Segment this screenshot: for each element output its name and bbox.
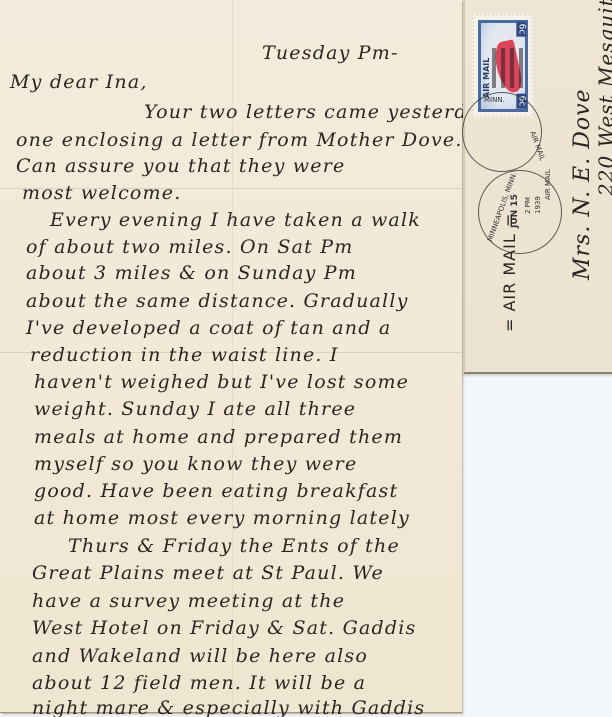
letter-line: about 12 field men. It will be a <box>32 672 366 694</box>
letter-line: most welcome. <box>22 182 181 204</box>
letter-line: Thurs & Friday the Ents of the <box>68 535 400 557</box>
letter-line: West Hotel on Friday & Sat. Gaddis <box>32 617 416 639</box>
handwritten-airmail-marking: = AIR MAIL = <box>500 213 519 332</box>
envelope-street-address: 220 West Mesquite <box>594 0 612 196</box>
letter-line: at home most every morning lately <box>34 507 410 529</box>
letter-line: of about two miles. On Sat Pm <box>26 236 353 258</box>
handwritten-letter-page: Tuesday Pm- My dear Ina, Your two letter… <box>0 0 462 713</box>
postmark-airmail: AIR MAIL <box>544 169 552 200</box>
letter-line: night mare & especially with Gaddis <box>32 697 425 717</box>
letter-line: about the same distance. Gradually <box>26 290 409 312</box>
letter-line: Can assure you that they were <box>16 155 345 177</box>
letter-dateline: Tuesday Pm- <box>262 42 399 64</box>
letter-line: good. Have been eating breakfast <box>34 480 398 502</box>
stamp-air-mail-label: AIR MAIL <box>482 58 491 98</box>
letter-salutation: My dear Ina, <box>10 71 148 93</box>
letter-line: meals at home and prepared them <box>34 426 403 448</box>
letter-line: one enclosing a letter from Mother Dove. <box>16 129 463 151</box>
letter-line: about 3 miles & on Sunday Pm <box>26 262 357 284</box>
letter-line: Your two letters came yesterday <box>144 101 492 123</box>
letter-line: myself so you know they were <box>34 453 357 475</box>
postmark-year: 1939 <box>534 196 542 214</box>
letter-line: haven't weighed but I've lost some <box>34 371 409 393</box>
letter-line: Great Plains meet at St Paul. We <box>32 562 384 584</box>
letter-line: I've developed a coat of tan and a <box>26 317 391 339</box>
envelope-addressee: Mrs. N. E. Dove <box>570 88 595 280</box>
postmark-upper-text: MINN. <box>484 96 505 104</box>
letter-line: Every evening I have taken a walk <box>50 209 421 231</box>
stamp-value-top: 6c <box>516 22 526 37</box>
letter-line: have a survey meeting at the <box>32 590 345 612</box>
letter-line: and Wakeland will be here also <box>32 645 368 667</box>
letter-line: reduction in the waist line. I <box>30 344 339 366</box>
cancellation-bars <box>492 48 528 88</box>
letter-line: weight. Sunday I ate all three <box>34 398 356 420</box>
postmark-time: 2 PM <box>524 197 532 214</box>
